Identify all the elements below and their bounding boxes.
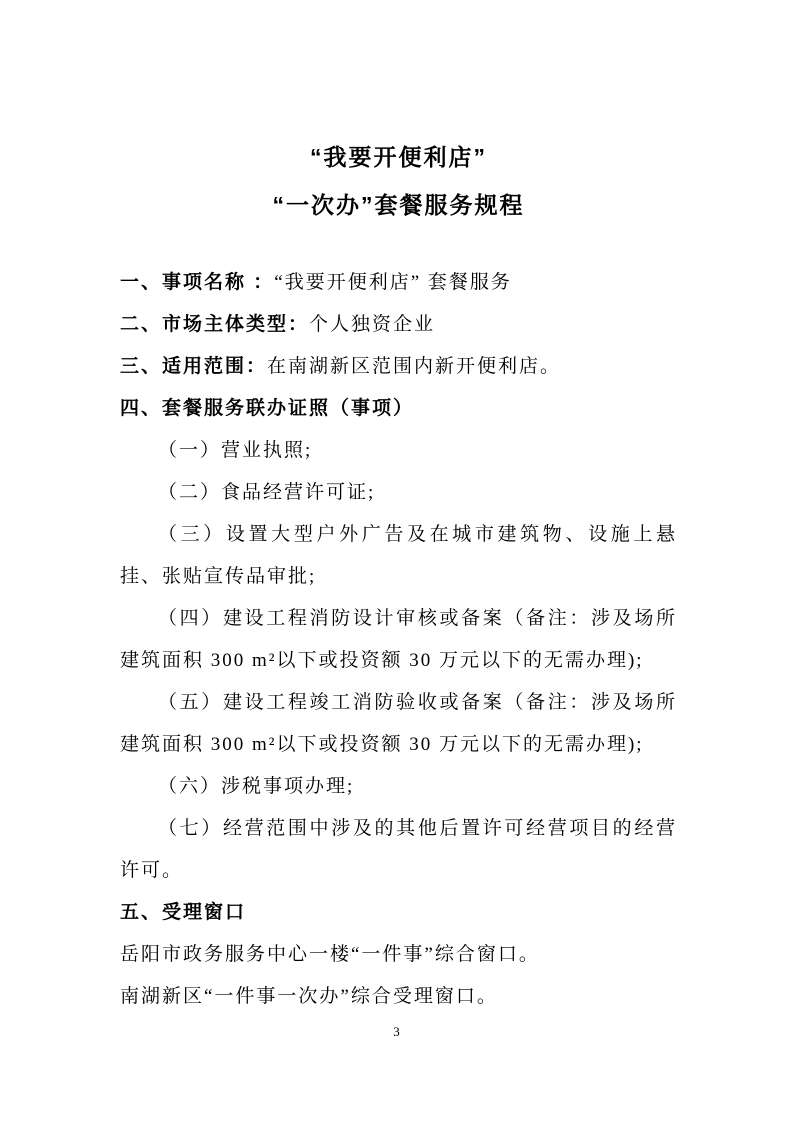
document-title: “我要开便利店” “一次办”套餐服务规程 — [120, 133, 677, 229]
title-line-2: “一次办”套餐服务规程 — [120, 181, 677, 229]
page-number: 3 — [0, 1024, 793, 1040]
list-item-7: （七）经营范围中涉及的其他后置许可经营项目的经营许可。 — [120, 808, 677, 892]
section-1-label: 一、事项名称 ： — [120, 272, 274, 293]
list-item-6: （六）涉税事项办理; — [120, 766, 677, 808]
document-body: 一、事项名称 ：“我要开便利店” 套餐服务 二、市场主体类型：个人独资企业 三、… — [120, 262, 677, 1018]
section-3-label: 三、适用范围： — [120, 356, 267, 377]
list-item-3: （三）设置大型户外广告及在城市建筑物、设施上悬挂、张贴宣传品审批; — [120, 514, 677, 598]
document-page: “我要开便利店” “一次办”套餐服务规程 一、事项名称 ：“我要开便利店” 套餐… — [0, 0, 793, 1122]
list-item-5: （五）建设工程竣工消防验收或备案（备注：涉及场所建筑面积 300 m²以下或投资… — [120, 682, 677, 766]
section-2-value: 个人独资企业 — [309, 314, 435, 335]
section-5-heading: 五、受理窗口 — [120, 892, 677, 934]
list-item-1: （一）营业执照; — [120, 430, 677, 472]
section-2-label: 二、市场主体类型： — [120, 314, 309, 335]
document-content: “我要开便利店” “一次办”套餐服务规程 一、事项名称 ：“我要开便利店” 套餐… — [120, 133, 677, 1018]
list-item-4: （四）建设工程消防设计审核或备案（备注：涉及场所建筑面积 300 m²以下或投资… — [120, 598, 677, 682]
section-1-value: “我要开便利店” 套餐服务 — [274, 272, 512, 293]
section-5-window-1: 岳阳市政务服务中心一楼“一件事”综合窗口。 — [120, 934, 677, 976]
section-2-entity-type: 二、市场主体类型：个人独资企业 — [120, 304, 677, 346]
section-1-item-name: 一、事项名称 ：“我要开便利店” 套餐服务 — [120, 262, 677, 304]
section-3-scope: 三、适用范围：在南湖新区范围内新开便利店。 — [120, 346, 677, 388]
title-line-1: “我要开便利店” — [120, 133, 677, 181]
section-4-heading: 四、套餐服务联办证照（事项） — [120, 388, 677, 430]
section-3-value: 在南湖新区范围内新开便利店。 — [267, 356, 561, 377]
section-5-window-2: 南湖新区“一件事一次办”综合受理窗口。 — [120, 976, 677, 1018]
list-item-2: （二）食品经营许可证; — [120, 472, 677, 514]
